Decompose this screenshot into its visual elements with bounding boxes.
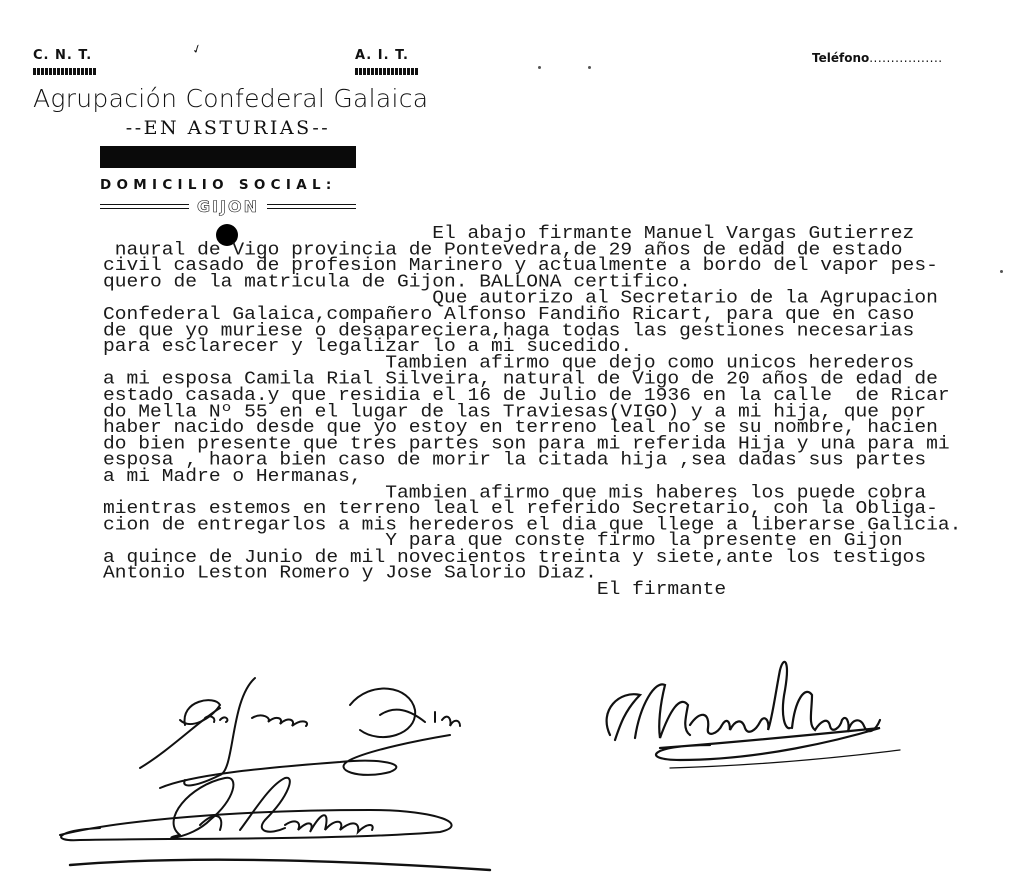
paper-speck — [538, 66, 541, 69]
cnt-stamp-bar — [33, 68, 97, 75]
paper-speck — [588, 66, 591, 69]
divider-left — [100, 204, 189, 209]
paper-speck — [1000, 270, 1003, 273]
phone-label: Teléfono — [812, 51, 869, 65]
redaction-bar — [100, 146, 356, 168]
letter-line: El firmante — [103, 582, 961, 598]
region-heading: --EN ASTURIAS-- — [100, 117, 356, 139]
organization-name: Agrupación Confederal Galaica — [33, 84, 428, 113]
letter-body: El abajo firmante Manuel Vargas Gutierre… — [103, 226, 961, 598]
office-label: DOMICILIO SOCIAL: — [100, 177, 356, 193]
city-name: GIJON — [197, 197, 259, 216]
ait-code: A. I. T. — [355, 48, 409, 63]
phone-value: ................. — [869, 51, 942, 65]
ait-stamp-bar — [355, 68, 419, 75]
city-row: GIJON — [100, 197, 356, 216]
firmante-signature — [580, 650, 910, 770]
phone-field: Teléfono................. — [812, 51, 943, 65]
divider-right — [267, 204, 356, 209]
witness-signatures — [40, 660, 520, 890]
cnt-code: C. N. T. — [33, 48, 92, 63]
tick-mark-icon: ✓ — [190, 41, 204, 58]
